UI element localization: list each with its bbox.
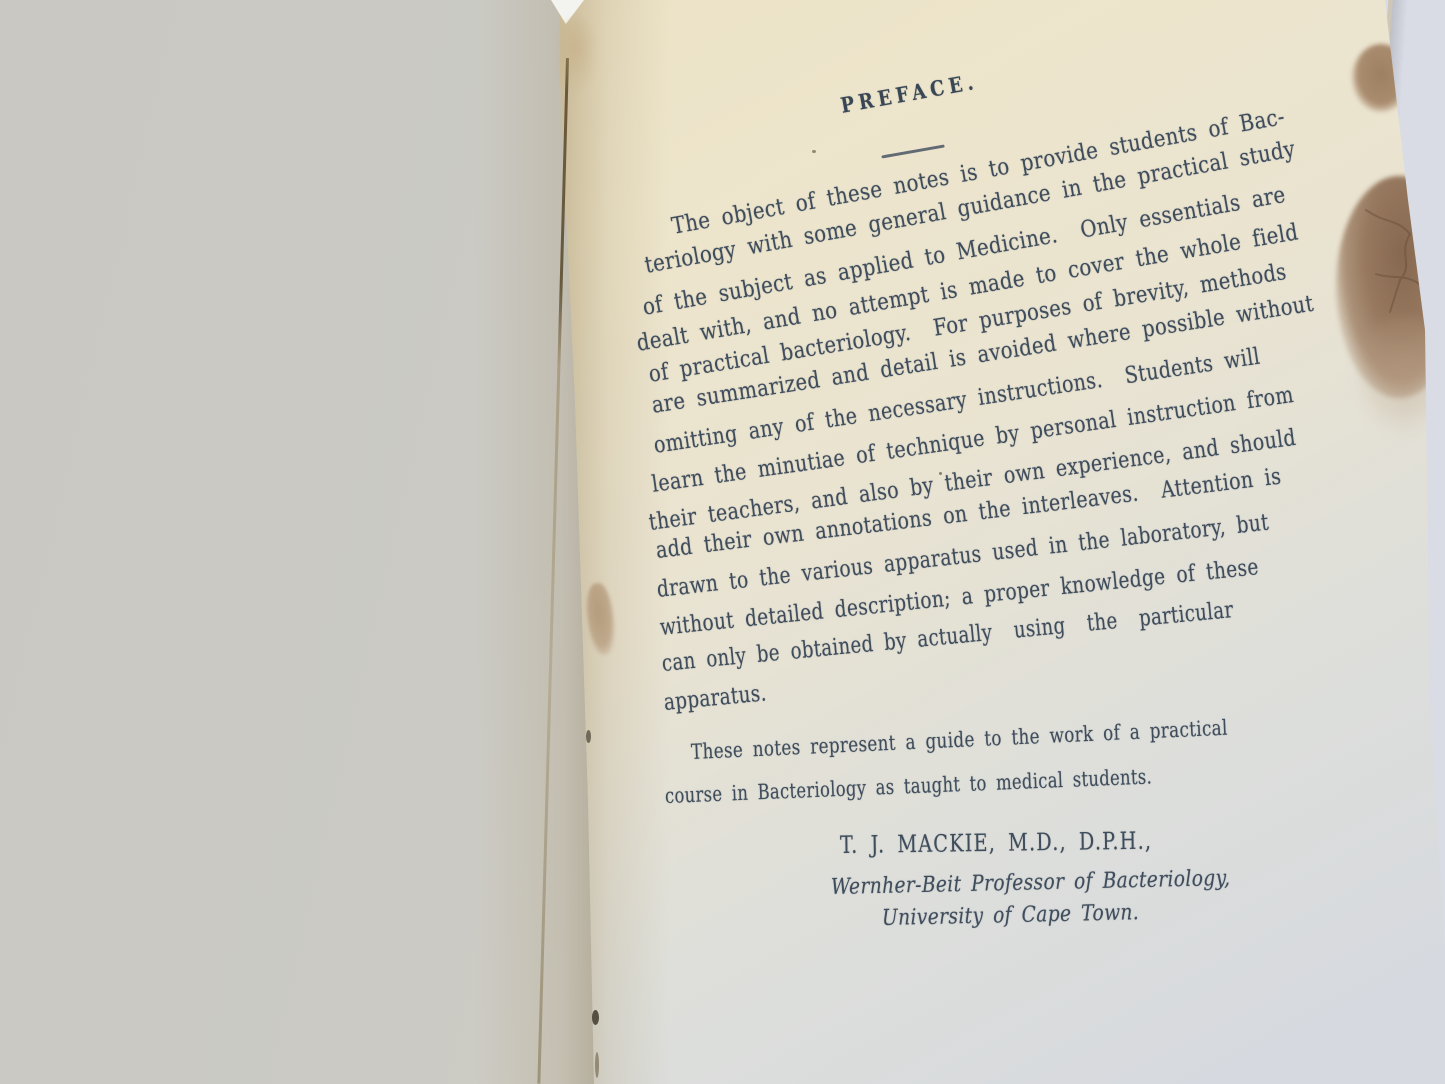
title-rule	[881, 144, 944, 158]
preface-page-text: PREFACE. The object of these notes is to…	[0, 0, 1445, 1084]
book-photo: PREFACE. The object of these notes is to…	[0, 0, 1445, 1084]
signature-institution: University of Cape Town.	[882, 898, 1140, 934]
preface-title: PREFACE.	[838, 67, 980, 121]
signature-name: T. J. MACKIE, M.D., D.P.H.,	[840, 826, 1153, 860]
preface-line: apparatus.	[663, 678, 768, 718]
signature-role: Wernher-Beit Professor of Bacteriology,	[831, 864, 1231, 903]
preface-line: course in Bacteriology as taught to medi…	[664, 761, 1152, 811]
preface-line: These notes represent a guide to the wor…	[690, 713, 1228, 767]
